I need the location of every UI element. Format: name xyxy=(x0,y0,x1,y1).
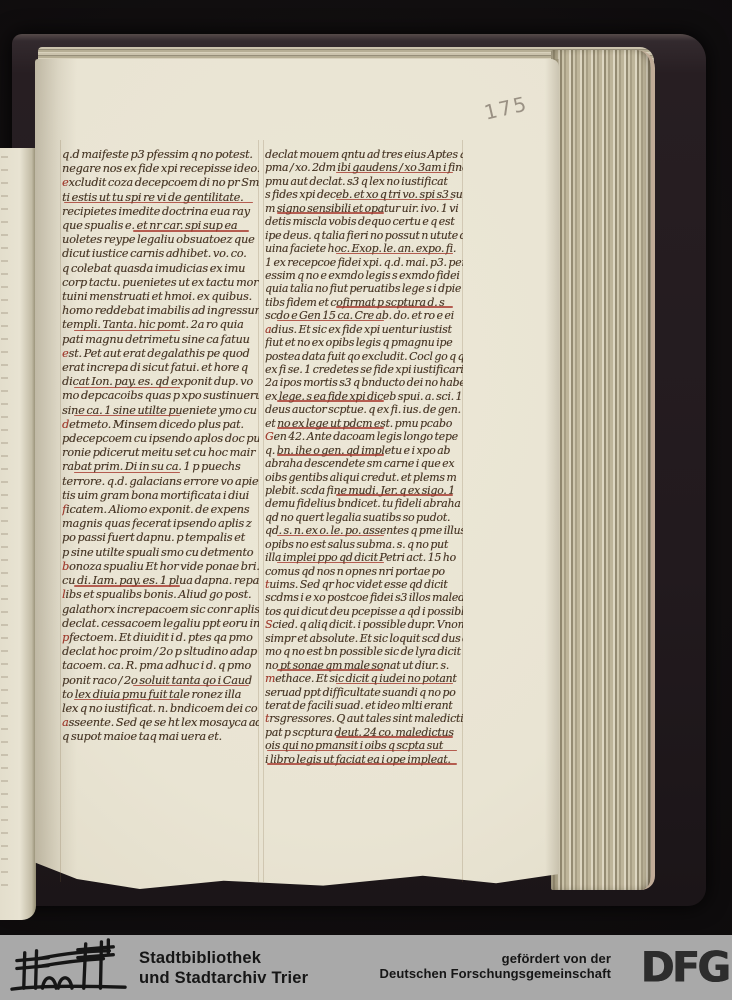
text-column-left: q.d maifeste p3 pfessim q no potest.nega… xyxy=(62,148,259,745)
funding-credit-line2: Deutschen Forschungsgemeinschaft xyxy=(380,967,611,982)
digitized-manuscript-scan: 175 q.d maifeste p3 pfessim q no potest.… xyxy=(0,0,732,1000)
manuscript-line: bonoza spualiu Et hor vide ponae bri. xyxy=(62,560,259,574)
manuscript-line: simpr et absolute. Et sic loquit scd dus… xyxy=(265,632,463,645)
manuscript-line: tacoem. ca. R. pma adhuc i d. q pmo xyxy=(62,659,259,673)
manuscript-line: comus qd nos n opnes nri portae po xyxy=(265,565,463,578)
manuscript-line: negare nos ex fide xpi recepisse ideo. xyxy=(62,162,259,176)
manuscript-line: tos qui dicut deu pcepisse a qd i possib… xyxy=(265,605,463,618)
porta-nigra-sketch-icon xyxy=(9,938,129,997)
manuscript-line: ti estis ut tu spi re vi de gentilitate. xyxy=(62,191,259,205)
manuscript-line: declat mouem qntu ad tres eius Aptes qd xyxy=(265,148,463,161)
manuscript-line: plebit. scda fine mudi. Jer. q ex sigo. … xyxy=(265,484,463,497)
funding-credit: gefördert von der Deutschen Forschungsge… xyxy=(380,952,611,981)
manuscript-line: est. Pet aut erat degalathis pe quod xyxy=(62,347,259,361)
manuscript-line: corp tactu. puenietes ut ex tactu mor xyxy=(62,276,259,290)
manuscript-line: ex fi se. 1 credetes se fide xpi iustifi… xyxy=(265,363,463,376)
manuscript-line: q colebat quasda imudicias ex imu xyxy=(62,262,259,276)
manuscript-line: qd. s. n. ex o. le. po. assentes q pme i… xyxy=(265,524,463,537)
manuscript-line: p sine utilte spuali smo cu detmento xyxy=(62,546,259,560)
manuscript-line: terat de facili suad. et ideo mlti erant xyxy=(265,699,463,712)
manuscript-line: et no ex lege ut pdcm est. pmu pcabo xyxy=(265,417,463,430)
manuscript-line: no pt sonae qm male sonat ut diur. s. xyxy=(265,659,463,672)
manuscript-line: demu fidelius bndicet. tu fideli abraha xyxy=(265,497,463,510)
column-ruling-line xyxy=(60,140,61,882)
manuscript-line: magnis quas fecerat ipsendo aplis z xyxy=(62,517,259,531)
manuscript-line: pdecepcoem cu ipsendo aplos doc pusse xyxy=(62,432,259,446)
manuscript-line: deus auctor scptue. q ex fi. ius. de gen… xyxy=(265,403,463,416)
manuscript-line: Scied. q aliq dicit. i possible dupr. Vn… xyxy=(265,618,463,631)
manuscript-line: tis uim gram bona mortificata i diui xyxy=(62,489,259,503)
manuscript-line: terrore. q.d. galacians errore vo apie xyxy=(62,475,259,489)
footer-banner: Stadtbibliothek und Stadtarchiv Trier ge… xyxy=(0,935,732,1000)
manuscript-line: q.d maifeste p3 pfessim q no potest. xyxy=(62,148,259,162)
manuscript-line: ronie pdicerut meitu set cu hoc mair xyxy=(62,446,259,460)
manuscript-line: methace. Et sic dicit q iudei no potant xyxy=(265,672,463,685)
manuscript-line: i libro legis ut faciat ea i ope impleat… xyxy=(265,753,463,766)
library-name-line1: Stadtbibliothek xyxy=(139,948,308,968)
manuscript-line: illa implei ppo qd dicit Petri act. 15 h… xyxy=(265,551,463,564)
manuscript-line: adius. Et sic ex fide xpi uentur iustist xyxy=(265,323,463,336)
manuscript-line: ois qui no pmansit i oibs q scpta sut xyxy=(265,739,463,752)
manuscript-line: pmu aut declat. s3 q lex no iustificat xyxy=(265,175,463,188)
column-ruling-line xyxy=(263,140,264,882)
manuscript-line: scdms i e xo postcoe fidei s3 illos male… xyxy=(265,591,463,604)
manuscript-line: erat increpa di sicut fatui. et hore q xyxy=(62,361,259,375)
manuscript-line: oibs gentibs aliqui credut. et plems m xyxy=(265,471,463,484)
manuscript-line: trsgressores. Q aut tales sint maledicti xyxy=(265,712,463,725)
manuscript-line: lex q no iustificat. n. bndicoem dei co xyxy=(62,702,259,716)
manuscript-line: to lex diuia pmu fuit tale ronez illa xyxy=(62,688,259,702)
manuscript-line: q. bn. ihe o gen. qd impletu e i xpo ab xyxy=(265,444,463,457)
library-name-line2: und Stadtarchiv Trier xyxy=(139,968,308,988)
manuscript-line: qd no quert legalia suatibs so pudot. xyxy=(265,511,463,524)
manuscript-photo: 175 q.d maifeste p3 pfessim q no potest.… xyxy=(0,0,732,935)
manuscript-line: que spualis e. et nr car. spi sup ea xyxy=(62,219,259,233)
manuscript-line: declat. cessacoem legaliu ppt eoru in xyxy=(62,617,259,631)
manuscript-line: dicut iustice carnis adhibet. vo. co. xyxy=(62,247,259,261)
manuscript-line: ponit raco / 2o soluit tanta qo i Caud xyxy=(62,674,259,688)
manuscript-line: uina faciete hoc. Exop. le. an. expo. fi… xyxy=(265,242,463,255)
manuscript-line: excludit coza decepcoem di no pr Smul xyxy=(62,176,259,190)
manuscript-line: libs et spualibs bonis. Aliud go post. xyxy=(62,588,259,602)
manuscript-line: tuini menstruati et hmoi. ex quibus. xyxy=(62,290,259,304)
manuscript-line: scdo e Gen 15 ca. Cre ab. do. et ro e ei xyxy=(265,309,463,322)
manuscript-line: 2a ipos mortis s3 q bnducto dei no habet xyxy=(265,376,463,389)
manuscript-line: pat p scptura deut. 24 co. maledictus xyxy=(265,726,463,739)
manuscript-line: postea data fuit qo excludit. Cocl go q … xyxy=(265,350,463,363)
manuscript-line: ipe deus. q talia fieri no possut n utut… xyxy=(265,229,463,242)
manuscript-line: declat hoc proim / 2o p sltudino adap xyxy=(62,645,259,659)
manuscript-line: mo q no est bn possible sic de lyra dici… xyxy=(265,645,463,658)
funding-credit-line1: gefördert von der xyxy=(380,952,611,967)
manuscript-line: pfectoem. Et diuidit i d. ptes qa pmo xyxy=(62,631,259,645)
manuscript-line: dicat Ion. pay. es. qd exponit dup. vo xyxy=(62,375,259,389)
manuscript-line: essim q no e exmdo legis s exmdo fidei xyxy=(265,269,463,282)
manuscript-line: po passi fuert dapnu. p tempalis et xyxy=(62,531,259,545)
dfg-logo: DFG xyxy=(641,949,729,987)
manuscript-line: rabat prim. Di in su ca. 1 p puechs xyxy=(62,460,259,474)
manuscript-line: galathorx increpacoem sic conr aplis xyxy=(62,603,259,617)
manuscript-line: 1 ex recepcoe fidei xpi. q.d. mai. p3. p… xyxy=(265,256,463,269)
book-fore-edge xyxy=(551,50,655,890)
manuscript-line: mo depcacoibs quas p xpo sustinuerut xyxy=(62,389,259,403)
manuscript-line: ex lege. s ea fide xpi diceb spui. a. sc… xyxy=(265,390,463,403)
manuscript-line: opibs no est salus subma. s. q no put xyxy=(265,538,463,551)
manuscript-line: Gen 42. Ante dacoam legis longo tepe xyxy=(265,430,463,443)
manuscript-line: tuims. Sed qr hoc videt esse qd dicit xyxy=(265,578,463,591)
manuscript-line: sine ca. 1 sine utilte pueniete ymo cu xyxy=(62,404,259,418)
manuscript-line: quia talia no fiut peruatibs lege s i dp… xyxy=(265,282,463,295)
manuscript-line: abraha descendete sm carne i que ex xyxy=(265,457,463,470)
text-column-right: declat mouem qntu ad tres eius Aptes qdp… xyxy=(265,148,463,766)
manuscript-line: ficatem. Aliomo exponit. de expens xyxy=(62,503,259,517)
manuscript-line: pati magnu detrimetu sine ca fatuu xyxy=(62,333,259,347)
manuscript-line: s fides xpi deceb. et xo q tri vo. spi s… xyxy=(265,188,463,201)
manuscript-line: asseente. Sed qe se ht lex mosayca ad. xyxy=(62,716,259,730)
manuscript-line: recipietes imedite doctrina eua ray xyxy=(62,205,259,219)
facing-page-edge xyxy=(0,148,36,920)
manuscript-line: homo reddebat imabilis ad ingressum xyxy=(62,304,259,318)
manuscript-line: m signo sensibili et opatur uir. ivo. 1 … xyxy=(265,202,463,215)
manuscript-line: detmeto. Minsem dicedo plus pat. xyxy=(62,418,259,432)
manuscript-line: q supot maioe taq mai uera et. xyxy=(62,730,259,744)
manuscript-line: seruad ppt difficultate suandi q no po xyxy=(265,686,463,699)
manuscript-line: templi. Tanta. hic pomt. 2a ro quia xyxy=(62,318,259,332)
manuscript-line: tibs fidem et cofirmat p scptura d. s xyxy=(265,296,463,309)
manuscript-line: pma / xo. 2dm ibi gaudens / xo 3am i fin… xyxy=(265,161,463,174)
manuscript-line: detis miscla vobis dequo certu e q est xyxy=(265,215,463,228)
manuscript-line: uoletes reype legaliu obsuatoez que xyxy=(62,233,259,247)
library-name: Stadtbibliothek und Stadtarchiv Trier xyxy=(139,948,308,988)
manuscript-line: cu di. Iam. pay. es. 1 plua dapna. repa xyxy=(62,574,259,588)
manuscript-line: fiut et no ex opibs legis q pmagnu ipe xyxy=(265,336,463,349)
